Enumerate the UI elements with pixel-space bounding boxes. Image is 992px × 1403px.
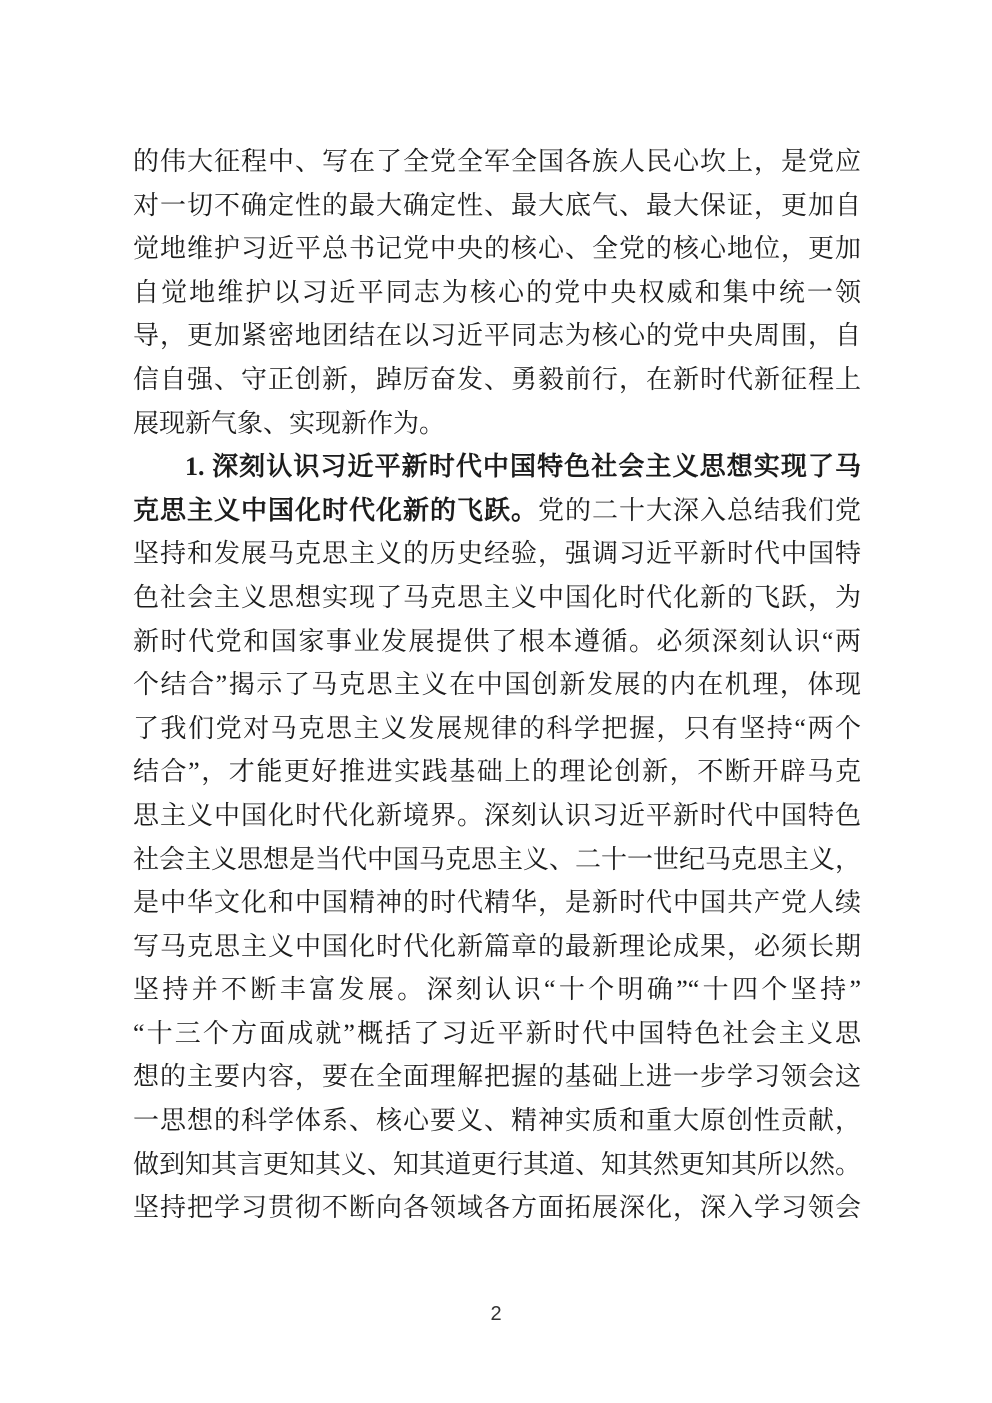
text-line: “十三个方面成就”概括了习近平新时代中国特色社会主义思 [133,1012,861,1056]
text-line: 信自强、守正创新，踔厉奋发、勇毅前行，在新时代新征程上 [133,358,861,402]
text-line: 了我们党对马克思主义发展规律的科学把握，只有坚持“两个 [133,707,861,751]
text-line: 社会主义思想是当代中国马克思主义、二十一世纪马克思主义， [133,838,861,882]
text-line: 自觉地维护以习近平同志为核心的党中央权威和集中统一领 [133,271,861,315]
text-line: 导，更加紧密地团结在以习近平同志为核心的党中央周围，自 [133,314,861,358]
text-line: 觉地维护习近平总书记党中央的核心、全党的核心地位，更加 [133,227,861,271]
text-line: 新时代党和国家事业发展提供了根本遵循。必须深刻认识“两 [133,620,861,664]
heading-run: 克思主义中国化时代化新的飞跃。 [133,496,538,525]
text-line: 结合”，才能更好推进实践基础上的理论创新，不断开辟马克 [133,750,861,794]
document-page: 的伟大征程中、写在了全党全军全国各族人民心坎上，是党应 对一切不确定性的最大确定… [0,0,992,1403]
text-line: 是中华文化和中国精神的时代精华，是新时代中国共产党人续 [133,881,861,925]
text-line: 做到知其言更知其义、知其道更行其道、知其然更知其所以然。 [133,1143,861,1187]
text-line-mixed: 克思主义中国化时代化新的飞跃。党的二十大深入总结我们党 [133,489,861,533]
text-line: 的伟大征程中、写在了全党全军全国各族人民心坎上，是党应 [133,140,861,184]
body-run: 党的二十大深入总结我们党 [538,496,861,525]
text-line: 坚持和发展马克思主义的历史经验，强调习近平新时代中国特 [133,532,861,576]
text-line: 坚持把学习贯彻不断向各领域各方面拓展深化，深入学习领会 [133,1186,861,1230]
text-line: 个结合”揭示了马克思主义在中国创新发展的内在机理，体现 [133,663,861,707]
text-line: 坚持并不断丰富发展。深刻认识“十个明确”“十四个坚持” [133,968,861,1012]
text-line: 对一切不确定性的最大确定性、最大底气、最大保证，更加自 [133,184,861,228]
text-line: 写马克思主义中国化时代化新篇章的最新理论成果，必须长期 [133,925,861,969]
text-line-paragraph-end: 展现新气象、实现新作为。 [133,402,861,446]
heading-line: 1. 深刻认识习近平新时代中国特色社会主义思想实现了马 [133,445,861,489]
text-line: 想的主要内容，要在全面理解把握的基础上进一步学习领会这 [133,1055,861,1099]
text-line: 色社会主义思想实现了马克思主义中国化时代化新的飞跃，为 [133,576,861,620]
text-block: 的伟大征程中、写在了全党全军全国各族人民心坎上，是党应 对一切不确定性的最大确定… [133,140,861,1230]
page-number: 2 [0,1303,992,1326]
text-line: 思主义中国化时代化新境界。深刻认识习近平新时代中国特色 [133,794,861,838]
text-line: 一思想的科学体系、核心要义、精神实质和重大原创性贡献， [133,1099,861,1143]
